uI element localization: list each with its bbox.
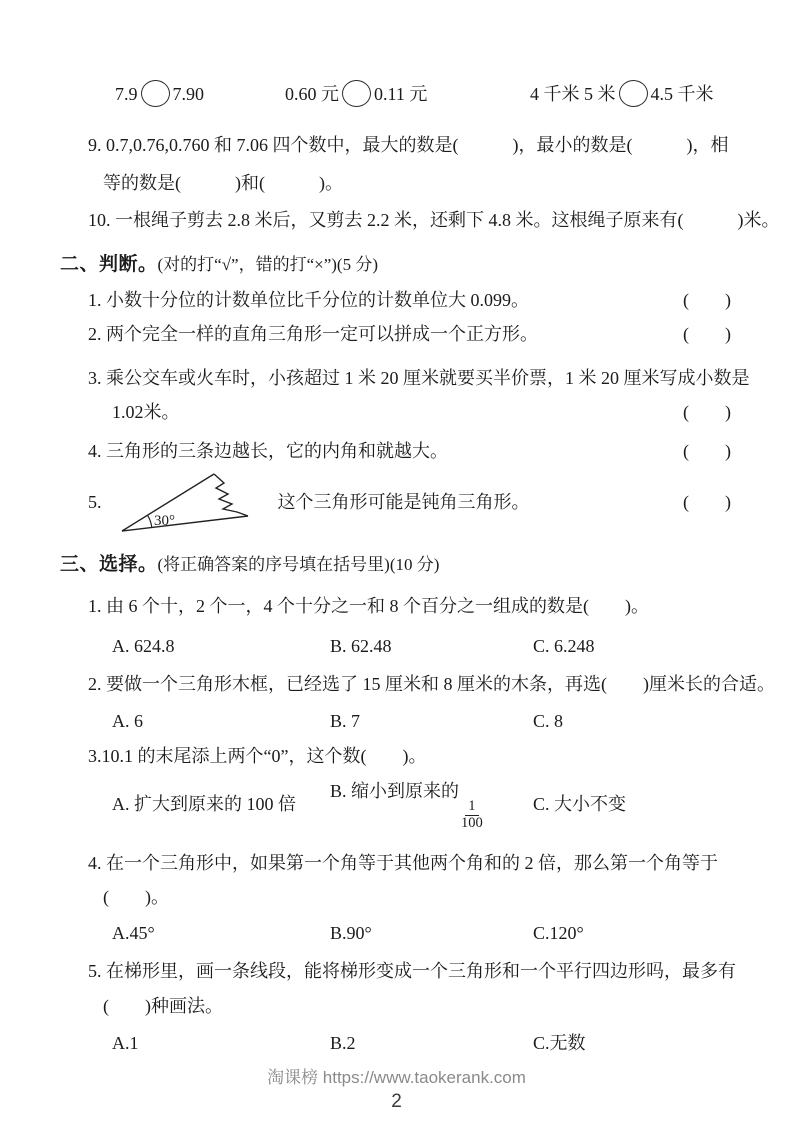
judge-item-text: 4. 三角形的三条边越长，它的内角和就越大。 — [88, 438, 448, 465]
option-c: C. 6.248 — [533, 633, 731, 660]
answer-bracket: ( ) — [683, 399, 731, 426]
comparison-circle — [141, 80, 170, 107]
option-c: C. 大小不变 — [533, 791, 731, 818]
option-a: A. 624.8 — [112, 633, 330, 660]
judge-item-text: 1. 小数十分位的计数单位比千分位的计数单位大 0.099。 — [88, 287, 529, 314]
option-b: B.2 — [330, 1030, 533, 1057]
question-10: 10. 一根绳子剪去 2.8 米后，又剪去 2.2 米，还剩下 4.8 米。这根… — [88, 207, 731, 234]
section-choice-subtitle: (将正确答案的序号填在括号里)(10 分) — [158, 555, 440, 574]
choice-q3-options: A. 扩大到原来的 100 倍 B. 缩小到原来的1100 C. 大小不变 — [112, 778, 731, 824]
choice-q2-stem: 2. 要做一个三角形木框，已经选了 15 厘米和 8 厘米的木条，再选( )厘米… — [88, 671, 731, 698]
page-number: 2 — [0, 1088, 793, 1115]
comparison-circle — [619, 80, 648, 107]
comparison-pair: 4 千米 5 米4.5 千米 — [530, 80, 714, 108]
section-judge-title: 二、判断。 — [60, 254, 158, 275]
judge-item-text: 这个三角形可能是钝角三角形。 — [278, 489, 530, 516]
option-a: A.1 — [112, 1030, 330, 1057]
answer-bracket: ( ) — [683, 489, 731, 516]
option-b-text: B. 缩小到原来的 — [330, 781, 459, 801]
option-c: C. 8 — [533, 708, 731, 735]
section-judge-header: 二、判断。(对的打“√”，错的打“×”)(5 分) — [60, 251, 731, 278]
option-b: B.90° — [330, 920, 533, 947]
comparison-circle — [342, 80, 371, 107]
answer-bracket: ( ) — [683, 287, 731, 314]
comparison-left-value: 0.60 元 — [285, 84, 339, 104]
comparison-left-value: 7.9 — [115, 84, 138, 104]
judge-item-number: 5. — [88, 489, 102, 516]
comparison-pair: 0.60 元0.11 元 — [285, 80, 427, 108]
choice-q4-stem-line1: 4. 在一个三角形中，如果第一个角等于其他两个角和的 2 倍，那么第一个角等于 — [88, 850, 731, 877]
option-c: C.无数 — [533, 1030, 731, 1057]
judge-item-text: 2. 两个完全一样的直角三角形一定可以拼成一个正方形。 — [88, 321, 538, 348]
section-choice-header: 三、选择。(将正确答案的序号填在括号里)(10 分) — [60, 551, 731, 578]
comparison-right-value: 7.90 — [173, 84, 205, 104]
choice-q5-stem-line1: 5. 在梯形里，画一条线段，能将梯形变成一个三角形和一个平行四边形吗，最多有 — [88, 958, 731, 985]
judge-item-4: 4. 三角形的三条边越长，它的内角和就越大。 ( ) — [88, 438, 731, 465]
option-b: B. 62.48 — [330, 633, 533, 660]
comparison-row: 7.97.90 0.60 元0.11 元 4 千米 5 米4.5 千米 — [60, 80, 731, 110]
judge-item-3-line1: 3. 乘公交车或火车时，小孩超过 1 米 20 厘米就要买半价票，1 米 20 … — [88, 365, 731, 392]
choice-q5-stem-line2: ( )种画法。 — [103, 993, 731, 1020]
exam-page: 7.97.90 0.60 元0.11 元 4 千米 5 米4.5 千米 9. 0… — [0, 0, 793, 1121]
judge-item-3-line2: 1.02米。 ( ) — [112, 399, 731, 426]
fraction-numerator: 1 — [465, 799, 478, 816]
choice-q5-options: A.1 B.2 C.无数 — [112, 1030, 731, 1057]
answer-bracket: ( ) — [683, 321, 731, 348]
watermark: 淘课榜 https://www.taokerank.com — [0, 1064, 793, 1091]
comparison-right-value: 0.11 元 — [374, 84, 427, 104]
section-choice-title: 三、选择。 — [60, 554, 158, 575]
judge-item-2: 2. 两个完全一样的直角三角形一定可以拼成一个正方形。 ( ) — [88, 321, 731, 348]
choice-q4-options: A.45° B.90° C.120° — [112, 920, 731, 947]
fraction: 1100 — [461, 799, 483, 832]
judge-item-text: 1.02米。 — [112, 399, 180, 426]
comparison-left-value: 4 千米 5 米 — [530, 84, 616, 104]
choice-q1-stem: 1. 由 6 个十，2 个一，4 个十分之一和 8 个百分之一组成的数是( )。 — [88, 593, 731, 620]
angle-arc — [147, 515, 151, 527]
option-b: B. 7 — [330, 708, 533, 735]
option-a: A. 扩大到原来的 100 倍 — [112, 791, 330, 818]
question-9-line1: 9. 0.7,0.76,0.760 和 7.06 四个数中，最大的数是( )，最… — [88, 132, 731, 159]
torn-edge-zigzag — [214, 474, 248, 516]
option-a: A.45° — [112, 920, 330, 947]
option-c: C.120° — [533, 920, 731, 947]
torn-triangle-angle-figure: 30° — [116, 469, 266, 535]
comparison-right-value: 4.5 千米 — [651, 84, 714, 104]
comparison-pair: 7.97.90 — [115, 80, 204, 108]
judge-item-1: 1. 小数十分位的计数单位比千分位的计数单位大 0.099。 ( ) — [88, 287, 731, 314]
answer-bracket: ( ) — [683, 438, 731, 465]
choice-q4-stem-line2: ( )。 — [103, 884, 731, 911]
choice-q1-options: A. 624.8 B. 62.48 C. 6.248 — [112, 633, 731, 660]
choice-q2-options: A. 6 B. 7 C. 8 — [112, 708, 731, 735]
option-b: B. 缩小到原来的1100 — [330, 778, 533, 832]
fraction-denominator: 100 — [461, 816, 483, 832]
option-a: A. 6 — [112, 708, 330, 735]
angle-degree-label: 30° — [154, 513, 175, 529]
section-judge-subtitle: (对的打“√”，错的打“×”)(5 分) — [158, 255, 379, 274]
choice-q3-stem: 3.10.1 的末尾添上两个“0”，这个数( )。 — [88, 743, 731, 770]
judge-item-5: 5. 30° 这个三角形可能是钝角三角形。 ( ) — [88, 466, 731, 538]
question-9-line2: 等的数是( )和( )。 — [103, 170, 731, 197]
